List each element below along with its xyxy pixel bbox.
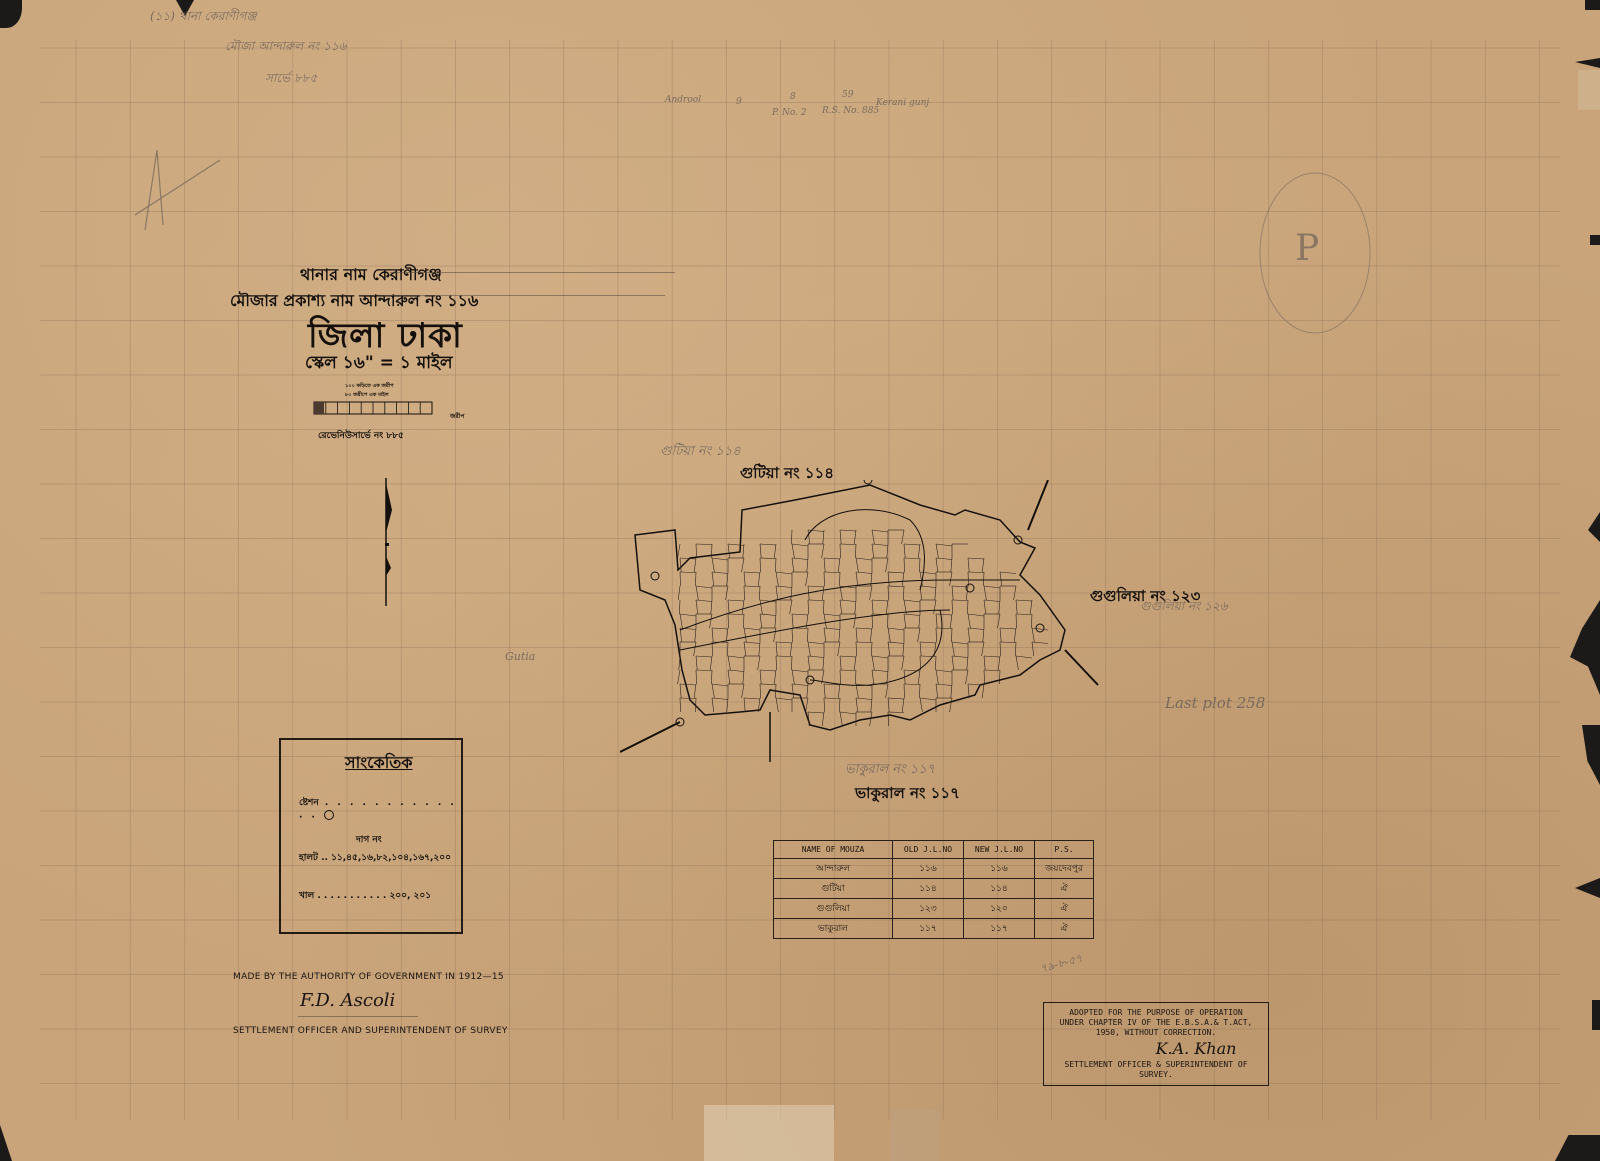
pencil-note: গুটিয়া নং ১১৪ <box>660 442 741 463</box>
khal-label: খাল <box>299 891 314 901</box>
pencil-circle: P <box>1255 165 1375 345</box>
pencil-note: R.S. No. 885 <box>822 106 879 116</box>
table-header: P.S. <box>1035 841 1094 859</box>
table-cell: ১২০ <box>964 899 1035 919</box>
torn-edge <box>1575 58 1600 68</box>
signature-line <box>298 1016 418 1017</box>
pencil-note: 8 <box>790 92 796 102</box>
pencil-note: ভাকুরাল নং ১১৭ <box>845 760 935 781</box>
torn-edge <box>0 1125 20 1161</box>
legend-station: ষ্টেশন . . . . . . . . . . . . . <box>299 795 461 821</box>
mouza-map <box>620 480 1100 790</box>
pencil-note: Androol <box>665 95 701 105</box>
table-row: গুটিয়া১১৪১১৪ঐ <box>774 879 1094 899</box>
torn-edge <box>1582 725 1600 785</box>
scale-unit: জরীপ <box>450 411 464 422</box>
table-cell: ঐ <box>1035 899 1094 919</box>
officer-title: SETTLEMENT OFFICER & SUPERINTENDENT OF S… <box>1044 1060 1268 1080</box>
south-neighbor-label: ভাকুরাল নং ১১৭ <box>855 782 960 807</box>
table-header: OLD J.L.NO <box>893 841 964 859</box>
torn-edge <box>1592 1000 1600 1030</box>
legend-box: সাংকেতিক ষ্টেশন . . . . . . . . . . . . … <box>279 738 463 934</box>
table-cell: ১১৪ <box>893 879 964 899</box>
north-arrow-icon <box>383 478 395 606</box>
adoption-stamp: ADOPTED FOR THE PURPOSE OF OPERATION UND… <box>1043 1002 1269 1086</box>
torn-edge <box>1570 600 1600 695</box>
table-cell: গুগুলিয়া <box>774 899 893 919</box>
table-cell: গুটিয়া <box>774 879 893 899</box>
table-header: NEW J.L.NO <box>964 841 1035 859</box>
thana-name: থানার নাম কেরাণীগঞ্জ <box>300 262 442 289</box>
hat-values: ১১,৪৫,১৬,৮২,১০৪,১৬৭,২০০ <box>331 853 451 863</box>
pencil-note: Gutia <box>505 650 535 663</box>
legend-khal: খাল . . . . . . . . . . . ২০০, ২০১ <box>299 888 431 903</box>
header-underline <box>385 295 665 296</box>
khal-values: ২০০, ২০১ <box>389 891 431 901</box>
pencil-mark <box>135 145 225 240</box>
adopted-line: ADOPTED FOR THE PURPOSE OF OPERATION <box>1044 1008 1268 1018</box>
header-underline <box>390 272 675 273</box>
table-cell: ১১৭ <box>964 919 1035 939</box>
table-cell: ১১৬ <box>893 859 964 879</box>
table-header: NAME OF MOUZA <box>774 841 893 859</box>
north-neighbor-label: গুটিয়া নং ১১৪ <box>740 462 834 487</box>
pencil-note: P. No. 2 <box>772 108 807 118</box>
pencil-note: সার্ভে ৮৮৫ <box>265 70 317 90</box>
legend-hat: হালট .. ১১,৪৫,১৬,৮২,১০৪,১৬৭,২০০ <box>299 850 451 865</box>
pencil-note: Last plot 258 <box>1165 694 1265 712</box>
pencil-note: 9 <box>736 97 742 107</box>
legend-plot-header: দাগ নং <box>356 832 382 847</box>
pencil-note: Kerani gunj <box>876 98 929 108</box>
table-cell: ১১৭ <box>893 919 964 939</box>
station-symbol-icon <box>324 810 334 820</box>
mouza-table: NAME OF MOUZAOLD J.L.NONEW J.L.NOP.S. আন… <box>773 840 1094 939</box>
torn-edge <box>1588 512 1600 542</box>
torn-edge <box>1590 235 1600 245</box>
signature: F.D. Ascoli <box>300 990 395 1011</box>
tape-patch <box>890 1110 940 1161</box>
map-sheet: (১১) থানা কেরাণীগঞ্জ মৌজা আন্দারুল নং ১১… <box>0 0 1600 1161</box>
scale-note: ১০০ কড়িতে এক জরীপ <box>345 383 394 391</box>
adopted-line: 1950, WITHOUT CORRECTION. <box>1044 1028 1268 1038</box>
table-cell: ঐ <box>1035 919 1094 939</box>
tape-patch <box>704 1105 834 1161</box>
torn-edge <box>1575 878 1600 898</box>
table-cell: ১১৪ <box>964 879 1035 899</box>
table-row: গুগুলিয়া১২৩১২০ঐ <box>774 899 1094 919</box>
legend-title: সাংকেতিক <box>345 750 413 777</box>
table-cell: আন্দারুল <box>774 859 893 879</box>
table-cell: ভাকুরাল <box>774 919 893 939</box>
signature: K.A. Khan <box>1124 1038 1268 1060</box>
revenue-survey-no: রেভেনিউসার্ভে নং ৮৮৫ <box>318 428 404 443</box>
pencil-note: (১১) থানা কেরাণীগঞ্জ <box>150 8 257 28</box>
scale-text: স্কেল ১৬" = ১ মাইল <box>305 350 453 378</box>
pencil-note: 59 <box>842 90 853 100</box>
hat-label: হালট <box>299 853 318 863</box>
torn-edge <box>1555 1135 1600 1161</box>
pencil-note: ৭৯-৮-৫৭ <box>1038 950 1085 980</box>
torn-edge <box>1585 0 1600 10</box>
table-cell: জয়দেবপুর <box>1035 859 1094 879</box>
pencil-note: মৌজা আন্দারুল নং ১১৬ <box>225 38 347 58</box>
pencil-note: গুগুলিয়া নং ১২৬ <box>1140 598 1228 618</box>
table-row: ভাকুরাল১১৭১১৭ঐ <box>774 919 1094 939</box>
table-row: আন্দারুল১১৬১১৬জয়দেবপুর <box>774 859 1094 879</box>
table-cell: ১২৩ <box>893 899 964 919</box>
scale-note: ৮০ জরীপে এক মাইল <box>345 392 389 400</box>
tape-patch <box>1578 70 1600 110</box>
made-by-text: MADE BY THE AUTHORITY OF GOVERNMENT IN 1… <box>233 972 504 982</box>
table-cell: ১১৬ <box>964 859 1035 879</box>
officer-title: SETTLEMENT OFFICER AND SUPERINTENDENT OF… <box>233 1026 508 1036</box>
torn-edge <box>0 0 22 28</box>
table-cell: ঐ <box>1035 879 1094 899</box>
adopted-line: UNDER CHAPTER IV OF THE E.B.S.A.& T.ACT, <box>1044 1018 1268 1028</box>
svg-text:P: P <box>1295 228 1319 269</box>
station-label: ষ্টেশন <box>299 798 319 808</box>
